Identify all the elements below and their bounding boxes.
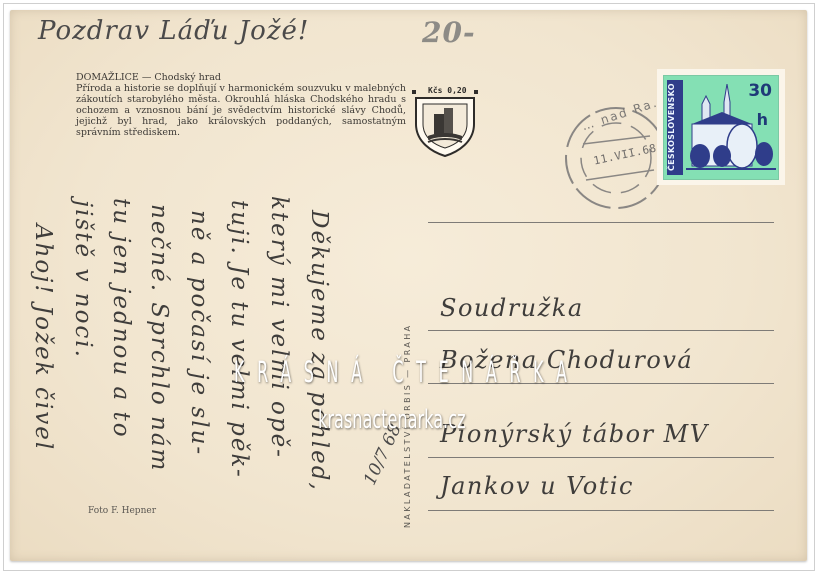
address-line-4	[428, 457, 774, 458]
address-city: Jankov u Votic	[440, 472, 634, 500]
message-line-5: nečné. Sprchlo nám	[146, 204, 172, 472]
photo-credit: Foto F. Hepner	[88, 506, 156, 516]
message-line-7: jiště v noci.	[70, 200, 96, 359]
postcard-description: DOMAŽLICE — Chodský hrad Příroda a histo…	[76, 72, 406, 138]
greeting-handwriting: Pozdrav Láďu Jožé!	[38, 16, 309, 46]
stamp-country: ČESKOSLOVENSKO	[667, 80, 683, 175]
message-line-1: Děkujeme za pohled,	[306, 210, 332, 492]
cathedral-illustration-icon	[686, 84, 776, 174]
message-line-4: ně a počasí je slu-	[186, 210, 212, 456]
address-line-5	[428, 510, 774, 511]
message-line-3: tuji. Je tu velmi pěk-	[226, 200, 252, 479]
message-line-2: který mi velmi opě-	[266, 196, 292, 459]
stamp-design: ČESKOSLOVENSKO 30 h KOŠICE	[664, 76, 778, 179]
postage-stamp: ČESKOSLOVENSKO 30 h KOŠICE	[657, 69, 785, 185]
watermark-url[interactable]: krasnactenarka.cz	[318, 405, 466, 435]
address-recipient-title: Soudružka	[440, 294, 584, 322]
address-line-2	[428, 330, 774, 331]
castle-tower-icon	[410, 86, 480, 158]
description-body: Příroda a historie se doplňují v harmoni…	[76, 83, 406, 138]
message-signature: Ahoj! Jožek čivel	[30, 224, 56, 451]
price-note: 20-	[422, 16, 476, 49]
address-street: Pionýrský tábor MV	[440, 420, 709, 448]
postcard: Pozdrav Láďu Jožé! 20- DOMAŽLICE — Chods…	[10, 10, 807, 561]
description-title: DOMAŽLICE — Chodský hrad	[76, 72, 406, 83]
address-line-1	[428, 222, 774, 223]
tourism-logo: Kčs 0,20	[410, 86, 480, 158]
watermark-title: KRÁSNÁ ČTENÁŘKA	[234, 355, 580, 389]
logo-value: Kčs 0,20	[428, 86, 467, 95]
message-line-6: tu jen jednou a to	[108, 198, 134, 439]
